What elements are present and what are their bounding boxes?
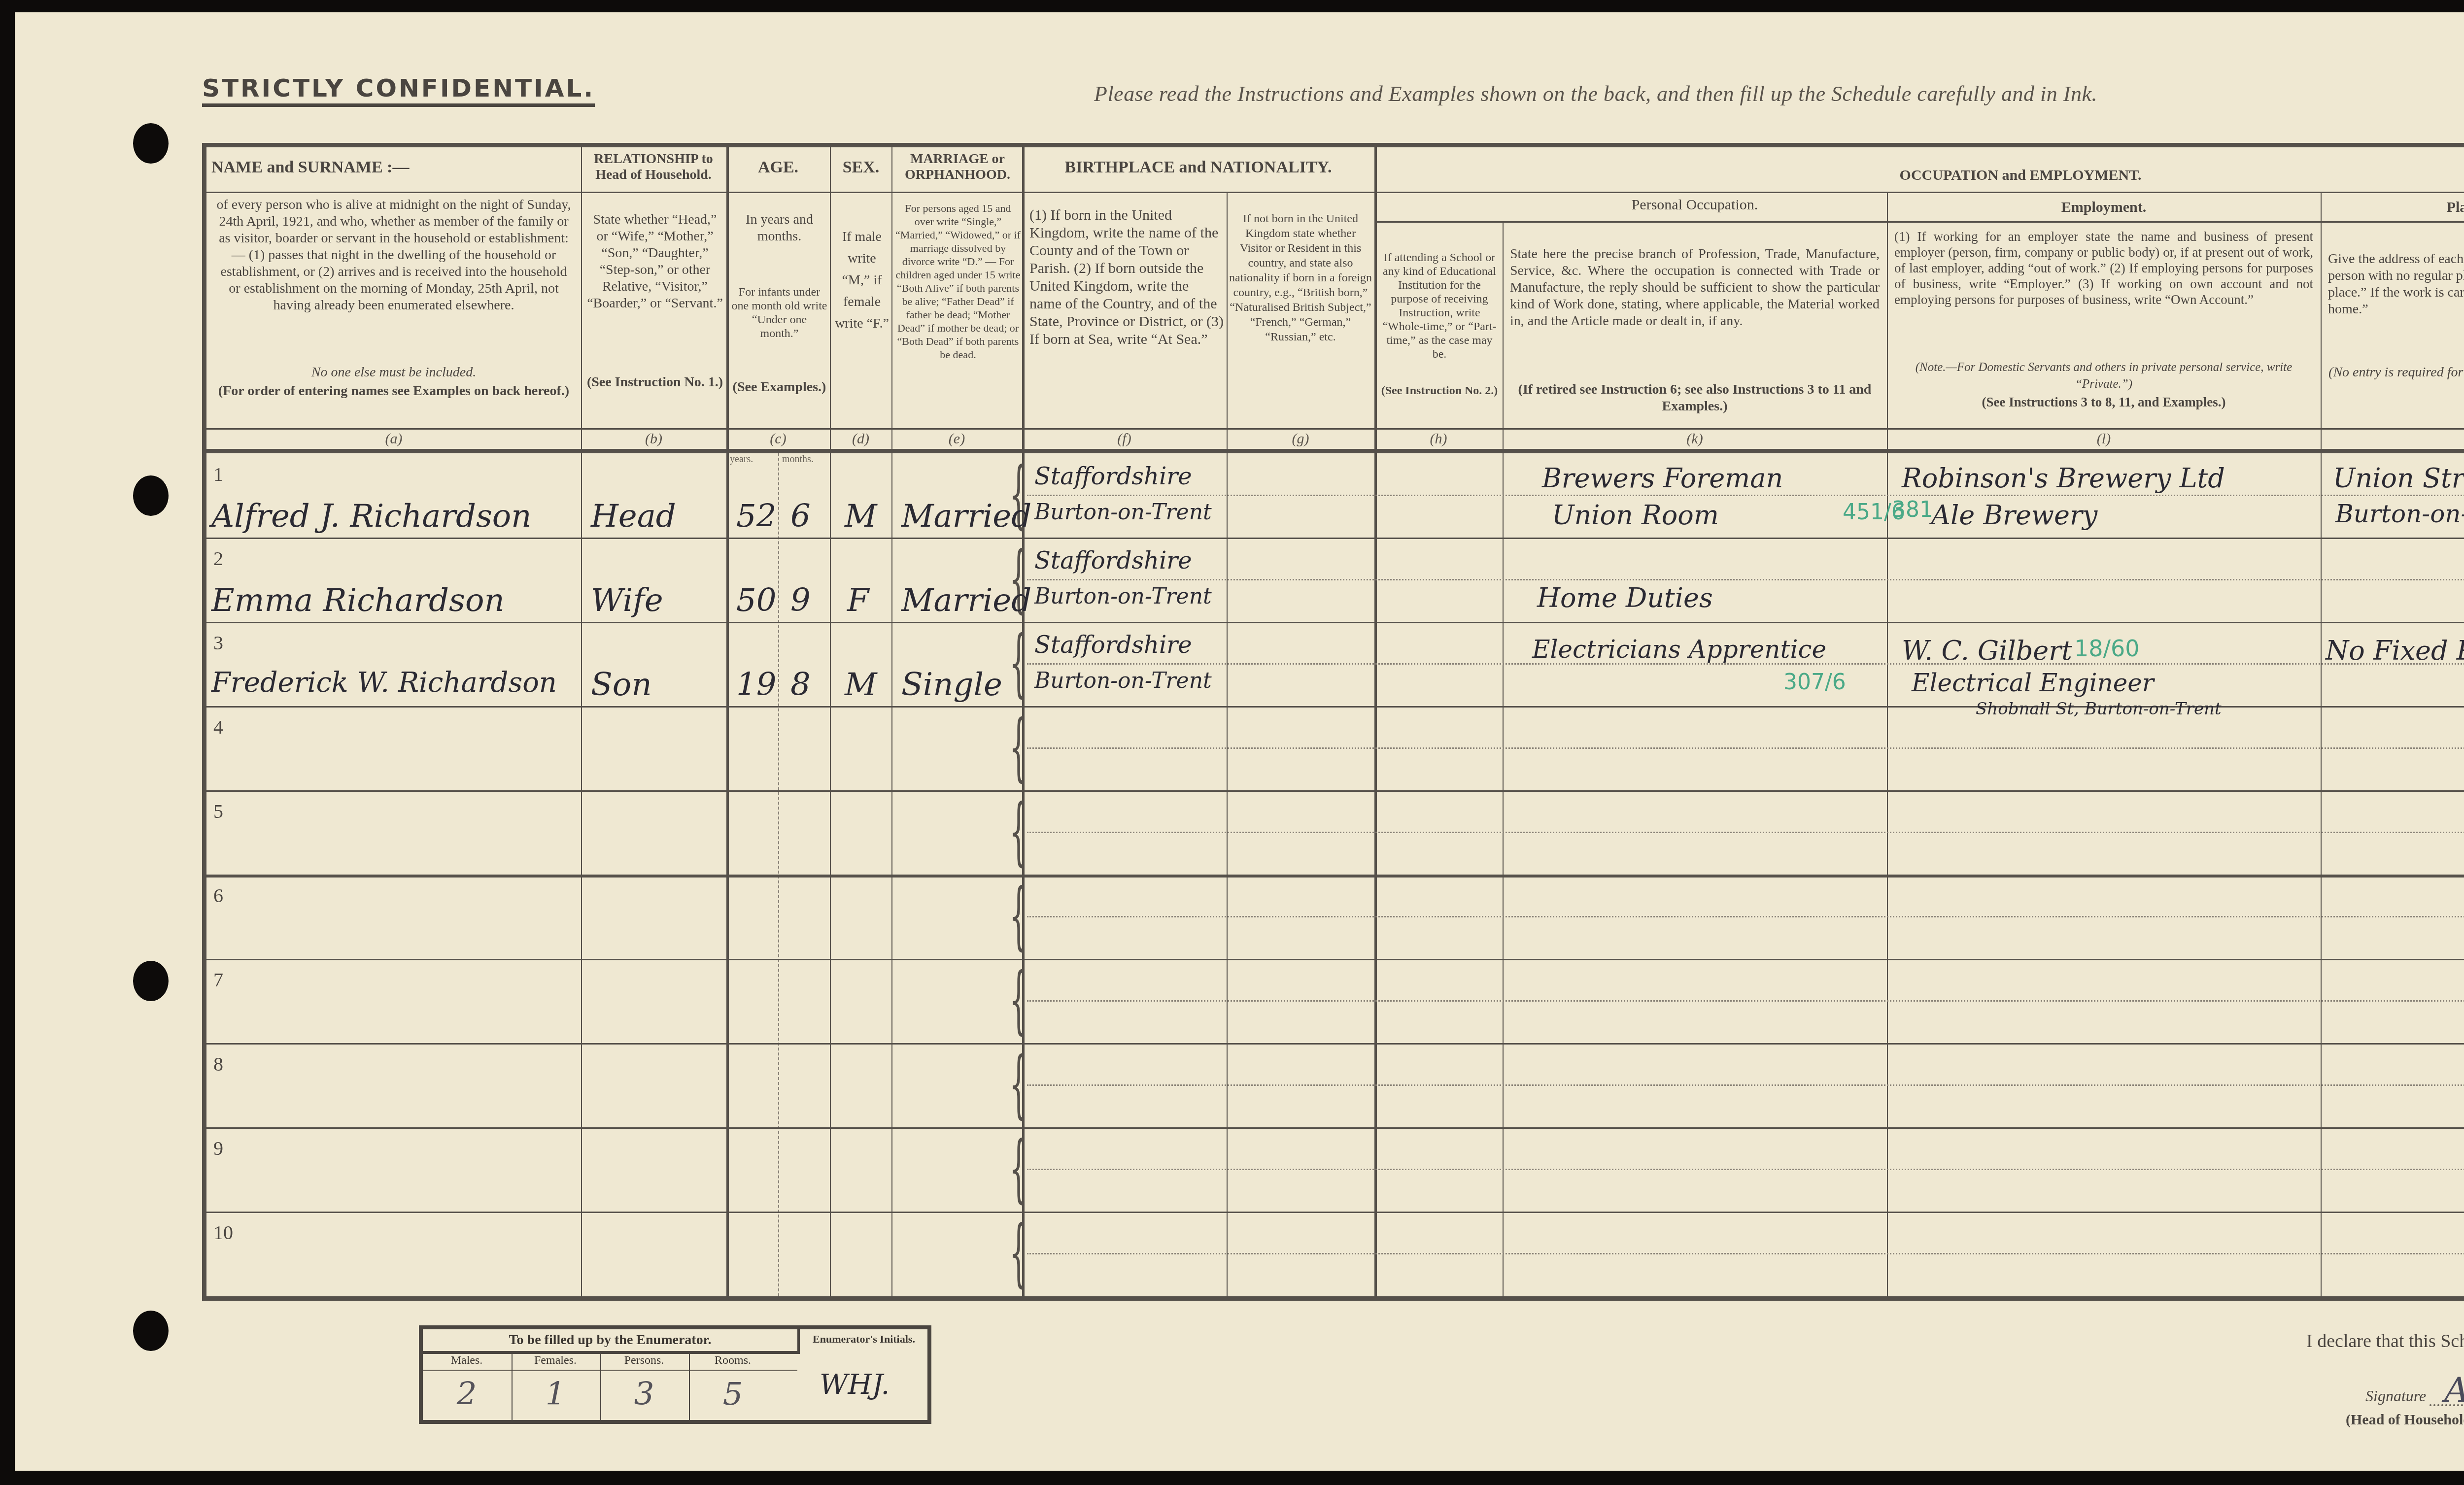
row-3-occupation-code: 307/6 (1783, 670, 1846, 695)
rooms-label: Rooms. (689, 1354, 777, 1367)
row-3-employment-code: 18/60 (2074, 635, 2140, 662)
education-column-ref: (See Instruction No. 2.) (1378, 384, 1501, 398)
education-column-instructions: If attending a School or any kind of Edu… (1378, 251, 1501, 361)
marriage-column-instructions: For persons aged 15 and over write “Sing… (895, 202, 1021, 361)
personal-occupation-title: Personal Occupation. (1505, 197, 1884, 213)
row-number: 1 (213, 463, 223, 486)
brace-glyph: { (1009, 1132, 1028, 1206)
row-1-place-of-work[interactable]: Union Street (2333, 463, 2464, 494)
row-3-occupation[interactable]: Electricians Apprentice (1532, 635, 1826, 664)
row-3-age-months[interactable]: 8 (790, 667, 811, 703)
row-3-age-years[interactable]: 19 (736, 667, 776, 703)
rooms-count[interactable]: 5 (689, 1376, 777, 1413)
persons-count[interactable]: 3 (600, 1376, 688, 1413)
punch-hole (133, 123, 169, 164)
row-1-employment-code: 381 (1892, 497, 1933, 522)
employment-instructions: (1) If working for an employer state the… (1894, 229, 2313, 307)
col-divider (1227, 192, 1228, 1296)
col-label-b: (b) (581, 431, 726, 447)
col-label-g: (g) (1227, 431, 1374, 447)
row-number: 10 (213, 1221, 233, 1244)
males-label: Males. (423, 1354, 511, 1367)
row-3-sex[interactable]: M (845, 667, 877, 703)
age-years-sublabel: years. (730, 454, 753, 465)
col-divider (726, 147, 729, 1296)
declaration-text: I declare that this Schedule is correctl… (2306, 1330, 2464, 1352)
row-2-name[interactable]: Emma Richardson (211, 582, 505, 619)
col-label-f: (f) (1022, 431, 1227, 447)
row-1-occupation[interactable]: Brewers Foreman (1542, 463, 1783, 494)
enumerator-initials-value[interactable]: WHJ. (820, 1369, 890, 1401)
punch-hole (133, 961, 169, 1001)
place-of-work-title: Place of Work. (2323, 199, 2464, 216)
row-2-marriage[interactable]: Married (901, 582, 1031, 619)
row-1-birthplace-town[interactable]: Burton-on-Trent (1034, 500, 1212, 525)
col-label-m: (m) (2321, 431, 2464, 447)
row-number: 4 (213, 715, 223, 739)
brace-glyph: { (1009, 963, 1028, 1037)
col-label-h: (h) (1374, 431, 1503, 447)
row-rule (206, 875, 2464, 877)
row-3-relationship[interactable]: Son (591, 667, 652, 703)
row-3-employer[interactable]: W. C. Gilbert (1902, 635, 2072, 666)
row-number: 8 (213, 1052, 223, 1076)
col-divider (1503, 221, 1504, 1296)
summary-rule (423, 1370, 797, 1371)
signature-value[interactable]: A. J. Richardson. (2444, 1370, 2464, 1410)
brace-glyph: { (1009, 1047, 1028, 1121)
brace-glyph: { (1009, 710, 1028, 784)
instruction-line: Please read the Instructions and Example… (1094, 81, 2097, 106)
row-number: 9 (213, 1137, 223, 1160)
row-number: 3 (213, 631, 223, 654)
relationship-column-title: RELATIONSHIP to Head of Household. (582, 151, 725, 183)
row-3-employer-business[interactable]: Electrical Engineer (1912, 669, 2154, 697)
age-column-ref: (See Examples.) (731, 379, 827, 396)
row-dotted-line (1027, 1000, 2464, 1002)
row-2-age-months[interactable]: 9 (790, 582, 811, 619)
row-number: 5 (213, 800, 223, 823)
employment-ref: (See Instructions 3 to 8, 11, and Exampl… (1894, 394, 2313, 410)
name-column-order: (For order of entering names see Example… (216, 383, 571, 400)
col-label-c: (c) (726, 431, 830, 447)
col-divider (830, 147, 831, 1296)
place-of-work-note: (No entry is required for any person who… (2328, 364, 2464, 398)
col-divider (581, 147, 582, 1296)
row-1-place-of-work-town[interactable]: Burton-on-Trent (2335, 500, 2464, 528)
row-dotted-line (1027, 916, 2464, 917)
col-label-d: (d) (830, 431, 891, 447)
name-column-note: No one else must be included. (216, 364, 571, 381)
females-count[interactable]: 1 (512, 1376, 599, 1413)
row-dotted-line (1027, 747, 2464, 749)
relationship-column-ref: (See Instruction No. 1.) (586, 374, 724, 391)
sex-column-instructions: If male write “M,” if female write “F.” (835, 226, 889, 335)
brace-glyph: { (1009, 1216, 1028, 1290)
signature-label: Signature (2365, 1387, 2426, 1405)
row-1-birthplace-county[interactable]: Staffordshire (1034, 463, 1192, 490)
brace-glyph: { (1009, 626, 1028, 700)
brace-glyph: { (1009, 879, 1028, 953)
row-3-birthplace-town[interactable]: Burton-on-Trent (1034, 668, 1212, 693)
row-rule (206, 1127, 2464, 1129)
col-label-k: (k) (1503, 431, 1887, 447)
row-number: 6 (213, 884, 223, 907)
col-label-e: (e) (891, 431, 1022, 447)
col-divider (1374, 147, 1377, 1296)
header-rule (206, 192, 2464, 193)
personal-occupation-instructions: State here the precise branch of Profess… (1510, 246, 1880, 330)
row-3-name[interactable]: Frederick W. Richardson (211, 667, 557, 699)
row-1-age-years[interactable]: 52 (736, 498, 776, 535)
males-count[interactable]: 2 (423, 1376, 511, 1413)
row-1-age-months[interactable]: 6 (790, 498, 811, 535)
sex-column-title: SEX. (831, 158, 890, 177)
age-months-sublabel: months. (782, 454, 814, 465)
row-3-birthplace-county[interactable]: Staffordshire (1034, 631, 1192, 659)
row-2-sex[interactable]: F (847, 582, 869, 619)
summary-box-header: To be filled up by the Enumerator. (423, 1329, 800, 1354)
row-1-occupation-line2[interactable]: Union Room (1552, 500, 1719, 531)
row-rule (206, 790, 2464, 792)
place-of-work-instructions: Give the address of each person's place … (2328, 251, 2464, 318)
row-dotted-line (1027, 1253, 2464, 1254)
nationality-column-instructions: If not born in the United Kingdom state … (1229, 211, 1372, 344)
col-divider (2321, 192, 2322, 1296)
header-bottom-rule (206, 449, 2464, 453)
employment-note: (Note.—For Domestic Servants and others … (1894, 359, 2313, 393)
row-dotted-line (1027, 1084, 2464, 1086)
row-rule (206, 622, 2464, 623)
row-1-name[interactable]: Alfred J. Richardson (211, 498, 532, 535)
age-column-instructions: In years and months. (731, 211, 827, 245)
females-label: Females. (512, 1354, 599, 1367)
birthplace-column-title: BIRTHPLACE and NATIONALITY. (1025, 158, 1372, 177)
name-column-instructions: of every person who is alive at midnight… (216, 197, 571, 314)
col-label-l: (l) (1887, 431, 2321, 447)
header-rule (1374, 221, 2464, 223)
row-dotted-line (1027, 495, 2464, 496)
row-2-relationship[interactable]: Wife (591, 582, 663, 619)
confidential-title: STRICTLY CONFIDENTIAL. (202, 74, 595, 107)
row-2-birthplace-town[interactable]: Burton-on-Trent (1034, 584, 1212, 609)
row-3-marriage[interactable]: Single (901, 667, 1002, 703)
signature-note: (Head of Household, Manager of Establish… (2346, 1412, 2464, 1428)
header-rule (206, 428, 2464, 430)
personal-occupation-ref: (If retired see Instruction 6; see also … (1510, 381, 1880, 415)
row-3-employer-address[interactable]: Shobnall St, Burton-on-Trent (1976, 699, 2222, 719)
row-3-place-of-work[interactable]: No Fixed Place (2326, 635, 2464, 666)
marriage-column-title: MARRIAGE or ORPHANHOOD. (894, 151, 1021, 183)
row-dotted-line (1027, 832, 2464, 833)
age-column-infants: For infants under one month old write “U… (731, 285, 827, 340)
row-rule (206, 538, 2464, 539)
household-schedule-table: NAME and SURNAME :— of every person who … (202, 143, 2464, 1301)
name-column-title: NAME and SURNAME :— (211, 158, 576, 177)
col-divider (1887, 192, 1888, 1296)
row-2-age-years[interactable]: 50 (736, 582, 776, 619)
row-number: 7 (213, 968, 223, 991)
relationship-column-instructions: State whether “Head,” or “Wife,” “Mother… (586, 211, 724, 312)
row-1-relationship[interactable]: Head (591, 498, 676, 535)
brace-glyph: { (1009, 795, 1028, 869)
row-rule (206, 1043, 2464, 1045)
col-label-a: (a) (206, 431, 581, 447)
row-number: 2 (213, 547, 223, 570)
row-dotted-line (1027, 579, 2464, 580)
enumerator-summary-box: To be filled up by the Enumerator. Enume… (419, 1325, 931, 1424)
row-1-sex[interactable]: M (845, 498, 877, 535)
punch-hole (133, 1311, 169, 1351)
row-1-marriage[interactable]: Married (901, 498, 1031, 535)
punch-hole (133, 475, 169, 516)
persons-label: Persons. (600, 1354, 688, 1367)
col-divider (891, 147, 892, 1296)
employment-title: Employment. (1889, 199, 2318, 216)
row-1-employer-business[interactable]: Ale Brewery (1931, 500, 2097, 531)
row-rule (206, 1212, 2464, 1213)
occupation-group-title: OCCUPATION and EMPLOYMENT. (1375, 167, 2464, 184)
row-2-birthplace-county[interactable]: Staffordshire (1034, 547, 1192, 574)
row-dotted-line (1027, 1169, 2464, 1170)
birthplace-column-instructions: (1) If born in the United Kingdom, write… (1029, 206, 1224, 348)
row-2-occupation[interactable]: Home Duties (1537, 582, 1713, 613)
row-rule (206, 959, 2464, 960)
row-1-employer[interactable]: Robinson's Brewery Ltd (1902, 463, 2225, 494)
age-column-title: AGE. (729, 158, 827, 177)
